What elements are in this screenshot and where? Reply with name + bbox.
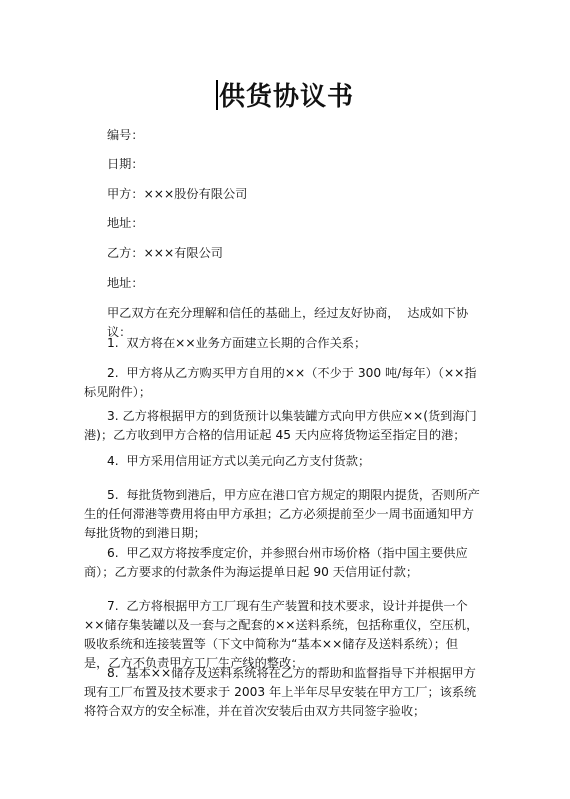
field-label: 地址：	[107, 276, 144, 290]
document-title[interactable]: 供货协议书	[0, 80, 570, 114]
field-value: ×××有限公司	[144, 246, 223, 260]
field-value: ×××股份有限公司	[144, 187, 248, 201]
clause-5: 5. 每批货物到港后，甲方应在港口官方规定的期限内提货，否则所产生的任何滞港等费…	[84, 486, 480, 543]
field-date: 日期：	[107, 155, 487, 174]
field-label: 乙方：	[107, 246, 144, 260]
text-cursor	[216, 80, 218, 110]
clause-4: 4. 甲方采用信用证方式以美元向乙方支付货款；	[84, 452, 480, 471]
clause-8: 8. 基本××储存及送料系统将在乙方的帮助和监督指导下并根据甲方现有工厂布置及技…	[84, 664, 480, 721]
field-party-b-address: 地址：	[107, 274, 487, 293]
field-label: 日期：	[107, 157, 144, 171]
clause-3: 3. 乙方将根据甲方的到货预计以集装罐方式向甲方供应××(货到海门港)；乙方收到…	[84, 407, 480, 445]
clause-1: 1. 双方将在××业务方面建立长期的合作关系；	[107, 334, 487, 353]
field-number: 编号：	[107, 126, 487, 145]
field-label: 编号：	[107, 128, 144, 142]
clause-6: 6. 甲乙双方将按季度定价，并参照台州市场价格（指中国主要供应商）；乙方要求的付…	[84, 544, 480, 582]
field-party-a-address: 地址：	[107, 214, 487, 233]
title-text: 供货协议书	[219, 82, 354, 112]
clause-2: 2. 甲方将从乙方购买甲方自用的××（不少于 300 吨/每年）（××指标见附件…	[84, 364, 480, 402]
field-party-b: 乙方：×××有限公司	[107, 244, 487, 263]
field-label: 甲方：	[107, 187, 144, 201]
field-label: 地址：	[107, 216, 144, 230]
clause-7: 7. 乙方将根据甲方工厂现有生产装置和技术要求，设计并提供一个××储存集装罐以及…	[84, 597, 480, 673]
field-party-a: 甲方：×××股份有限公司	[107, 185, 487, 204]
